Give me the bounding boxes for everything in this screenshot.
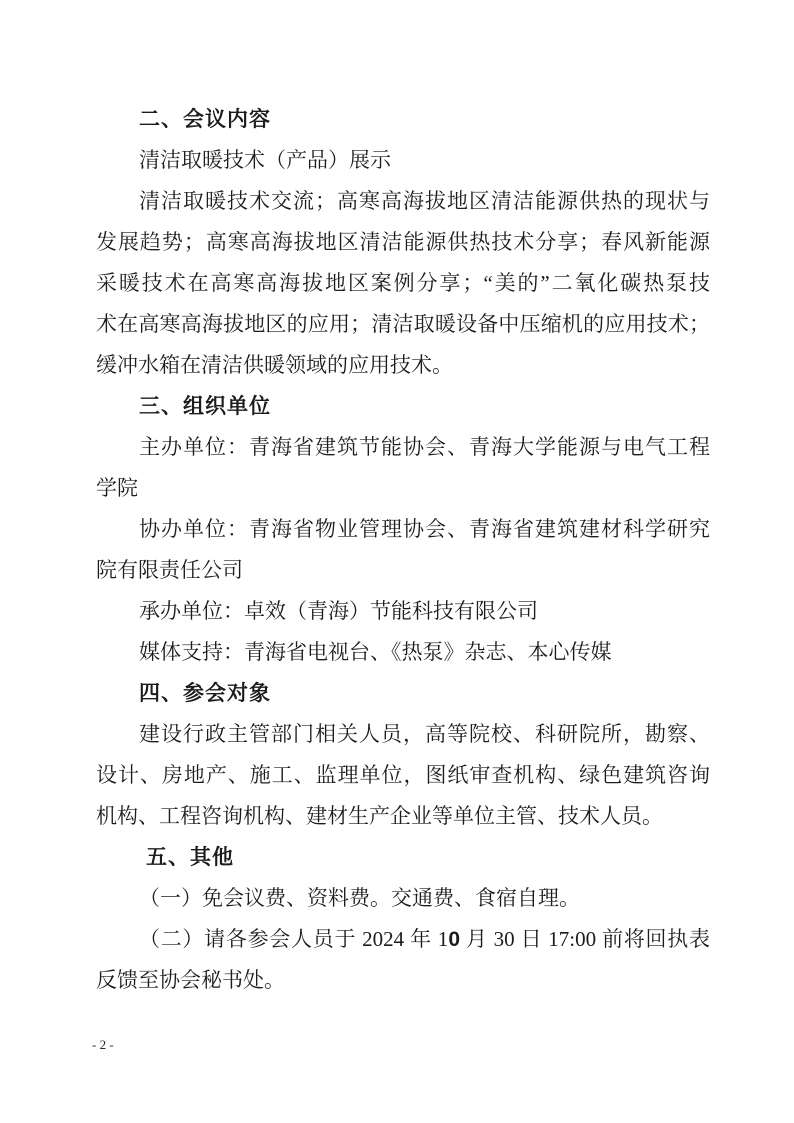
text-line: 建设行政主管部门相关人员，高等院校、科研院所，勘察、 xyxy=(96,714,710,755)
text-segment: 月 30 日 17:00 前将回执表 xyxy=(460,927,710,951)
document-page: 二、会议内容清洁取暖技术（产品）展示清洁取暖技术交流；高寒高海拔地区清洁能源供热… xyxy=(0,0,794,1123)
text-line: 承办单位：卓效（青海）节能科技有限公司 xyxy=(96,591,710,632)
section-heading: 三、组织单位 xyxy=(96,386,710,427)
document-body: 二、会议内容清洁取暖技术（产品）展示清洁取暖技术交流；高寒高海拔地区清洁能源供热… xyxy=(96,99,710,1001)
bold-digit: 0 xyxy=(448,928,460,951)
text-line: （一）免会议费、资料费。交通费、食宿自理。 xyxy=(96,878,710,919)
text-line: 院有限责任公司 xyxy=(96,550,710,591)
page-number: - 2 - xyxy=(92,1036,114,1054)
text-segment: （二）请各参会人员于 2024 年 1 xyxy=(139,927,448,951)
text-line: 采暖技术在高寒高海拔地区案例分享；“美的”二氧化碳热泵技 xyxy=(96,263,710,304)
section-heading: 四、参会对象 xyxy=(96,673,710,714)
text-line: 缓冲水箱在清洁供暖领域的应用技术。 xyxy=(96,345,710,386)
text-line: 媒体支持：青海省电视台、《热泵》杂志、本心传媒 xyxy=(96,632,710,673)
section-heading: 二、会议内容 xyxy=(96,99,710,140)
text-line: 反馈至协会秘书处。 xyxy=(96,960,710,1001)
text-line: 学院 xyxy=(96,468,710,509)
text-line: 术在高寒高海拔地区的应用；清洁取暖设备中压缩机的应用技术； xyxy=(96,304,710,345)
text-line: （二）请各参会人员于 2024 年 10 月 30 日 17:00 前将回执表 xyxy=(96,919,710,960)
section-heading: 五、其他 xyxy=(96,837,710,878)
text-line: 发展趋势；高寒高海拔地区清洁能源供热技术分享；春风新能源 xyxy=(96,222,710,263)
text-line: 主办单位：青海省建筑节能协会、青海大学能源与电气工程 xyxy=(96,427,710,468)
text-line: 机构、工程咨询机构、建材生产企业等单位主管、技术人员。 xyxy=(96,796,710,837)
text-line: 清洁取暖技术（产品）展示 xyxy=(96,140,710,181)
text-line: 清洁取暖技术交流；高寒高海拔地区清洁能源供热的现状与 xyxy=(96,181,710,222)
text-line: 协办单位：青海省物业管理协会、青海省建筑建材科学研究 xyxy=(96,509,710,550)
text-line: 设计、房地产、施工、监理单位，图纸审查机构、绿色建筑咨询 xyxy=(96,755,710,796)
